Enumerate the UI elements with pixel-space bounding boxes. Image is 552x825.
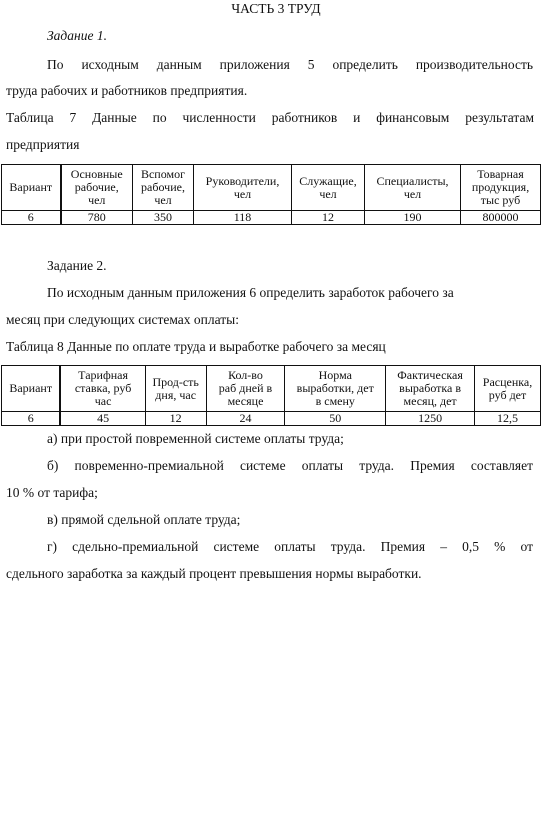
- table7-data-cell: 780: [61, 211, 133, 225]
- table8-header-cell: Прод-стьдня, час: [145, 366, 206, 412]
- task2-text-line1: По исходным данным приложения 6 определи…: [47, 285, 454, 301]
- table7-header-cell: Вспомограбочие,чел: [133, 165, 194, 211]
- table8-data-cell: 12: [145, 412, 206, 426]
- table8-header-cell: Тарифнаяставка, рубчас: [60, 366, 145, 412]
- table8-data-cell: 6: [2, 412, 61, 426]
- table7-data-row: 678035011812190800000: [2, 211, 541, 225]
- table8-header-cell: Кол-вораб дней вмесяце: [206, 366, 285, 412]
- table8-header-row: ВариантТарифнаяставка, рубчасПрод-стьдня…: [2, 366, 541, 412]
- table8-data-cell: 24: [206, 412, 285, 426]
- table7-data-cell: 800000: [461, 211, 541, 225]
- table7-caption-line2: предприятия: [6, 137, 79, 153]
- task1-text-line1: По исходным данным приложения 5 определи…: [47, 57, 533, 73]
- table7-header-cell: Товарнаяпродукция,тыс руб: [461, 165, 541, 211]
- table7-header-cell: Специалисты,чел: [365, 165, 461, 211]
- table8-header-cell: Фактическаявыработка вмесяц, дет: [386, 366, 475, 412]
- table7-header-cell: Служащие,чел: [292, 165, 365, 211]
- table7-data-cell: 190: [365, 211, 461, 225]
- table8-header-cell: Расценка,руб дет: [475, 366, 541, 412]
- table7-caption-line1: Таблица 7 Данные по численности работник…: [6, 110, 534, 126]
- wage-system-item-b-line1: б) повременно-премиальной системе оплаты…: [47, 458, 533, 474]
- table7-header-cell: Вариант: [2, 165, 61, 211]
- task2-text-line2: месяц при следующих системах оплаты:: [6, 312, 239, 328]
- wage-system-item-d-line1: г) сдельно-премиальной системе оплаты тр…: [47, 539, 533, 555]
- table8-caption: Таблица 8 Данные по оплате труда и выраб…: [6, 339, 386, 355]
- table7-header-row: ВариантОсновныерабочие,челВспомограбочие…: [2, 165, 541, 211]
- task1-title: Задание 1.: [47, 28, 107, 44]
- task1-text-line2: труда рабочих и работников предприятия.: [6, 83, 247, 99]
- wage-system-item-b-line2: 10 % от тарифа;: [6, 485, 98, 501]
- table7-header-cell: Руководители,чел: [194, 165, 292, 211]
- table-8-wages: ВариантТарифнаяставка, рубчасПрод-стьдня…: [1, 365, 541, 426]
- table8-header-cell: Нормавыработки, детв смену: [285, 366, 386, 412]
- table8-data-cell: 1250: [386, 412, 475, 426]
- table8-data-cell: 12,5: [475, 412, 541, 426]
- table7-data-cell: 12: [292, 211, 365, 225]
- wage-system-item-d-line2: сдельного заработка за каждый процент пр…: [6, 566, 422, 582]
- table7-data-cell: 118: [194, 211, 292, 225]
- table7-data-cell: 350: [133, 211, 194, 225]
- table8-data-cell: 45: [60, 412, 145, 426]
- table-7-workforce: ВариантОсновныерабочие,челВспомограбочие…: [1, 164, 541, 225]
- table8-header-cell: Вариант: [2, 366, 61, 412]
- wage-system-item-a: а) при простой повременной системе оплат…: [47, 431, 344, 447]
- wage-system-item-c: в) прямой сдельной оплате труда;: [47, 512, 240, 528]
- table8-data-cell: 50: [285, 412, 386, 426]
- page-heading: ЧАСТЬ 3 ТРУД: [0, 1, 552, 17]
- table7-header-cell: Основныерабочие,чел: [61, 165, 133, 211]
- task2-title: Задание 2.: [47, 258, 107, 274]
- table8-data-row: 645122450125012,5: [2, 412, 541, 426]
- table7-data-cell: 6: [2, 211, 61, 225]
